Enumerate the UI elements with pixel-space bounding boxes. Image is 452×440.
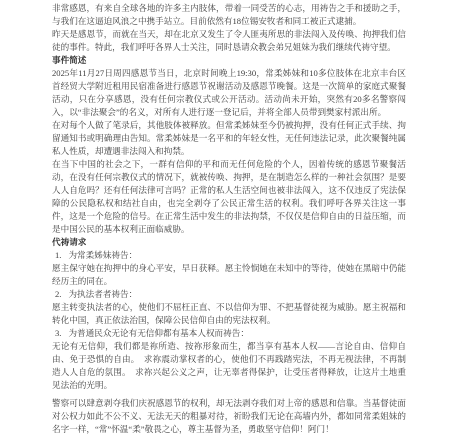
intro-paragraph-1: 非常感恩，有来自全球各地的许多主内肢体，带着一同受苦的心志，用祷告之手和援助之手… <box>52 2 406 28</box>
prayer-item-2-body: 愿主转变执法者的心，使他们不屈枉正直、不以信仰为罪、不把基督徒视为威胁。愿主祝福… <box>52 301 406 327</box>
event-paragraph-2: 在对每个人做了笔录后，其他肢体被释放。但常柔姊妹至今仍被拘押，没有任何正式手续、… <box>52 119 406 158</box>
prayer-item-1-title-text: 为常柔姊妹祷告： <box>68 250 137 260</box>
event-section-heading: 事件简述 <box>52 54 406 67</box>
prayer-item-3-number: 3. <box>55 328 61 338</box>
prayer-item-2-number: 2. <box>55 289 61 299</box>
document-page: 非常感恩，有来自全球各地的许多主内肢体，带着一同受苦的心志，用祷告之手和援助之手… <box>0 0 452 440</box>
prayer-item-3-title-text: 为普通民众无论有无信仰都有基本人权而祷告： <box>68 328 248 338</box>
prayer-section-heading: 代祷请求 <box>52 236 406 249</box>
prayer-item-2-title-text: 为执法者者祷告： <box>68 289 137 299</box>
prayer-item-3-body: 无论有无信仰，我们都是祢所造、按祢形象而生，都当享有基本人权——言论自由、信仰自… <box>52 340 406 392</box>
event-paragraph-3: 在当下中国的社会之下，一群有信仰的平和而无任何危险的个人，因着传统的感恩节聚餐活… <box>52 158 406 236</box>
prayer-item-1-title: 1.为常柔姊妹祷告： <box>52 249 406 262</box>
prayer-item-3-title: 3.为普通民众无论有无信仰都有基本人权而祷告： <box>52 327 406 340</box>
prayer-item-1-body: 愿主保守她在拘押中的身心平安，早日获释。愿主怜悯她在未知中的等待，使她在黑暗中仍… <box>52 262 406 288</box>
prayer-item-2-title: 2.为执法者者祷告： <box>52 288 406 301</box>
intro-paragraph-2: 昨天是感恩节，而就在当天，却在北京又发生了令人匪夷所思的非法闯入及传唤、拘押我们… <box>52 28 406 54</box>
closing-paragraph: 警察可以肆意剥夺我们庆祝感恩节的权利，却无法剥夺我们对上帝的感恩和信靠。当基督徒… <box>52 397 406 436</box>
event-paragraph-1: 2025年11月27日周四感恩节当日，北京时间晚上19:30，常柔姊妹和10多位… <box>52 67 406 119</box>
prayer-item-1-number: 1. <box>55 250 61 260</box>
